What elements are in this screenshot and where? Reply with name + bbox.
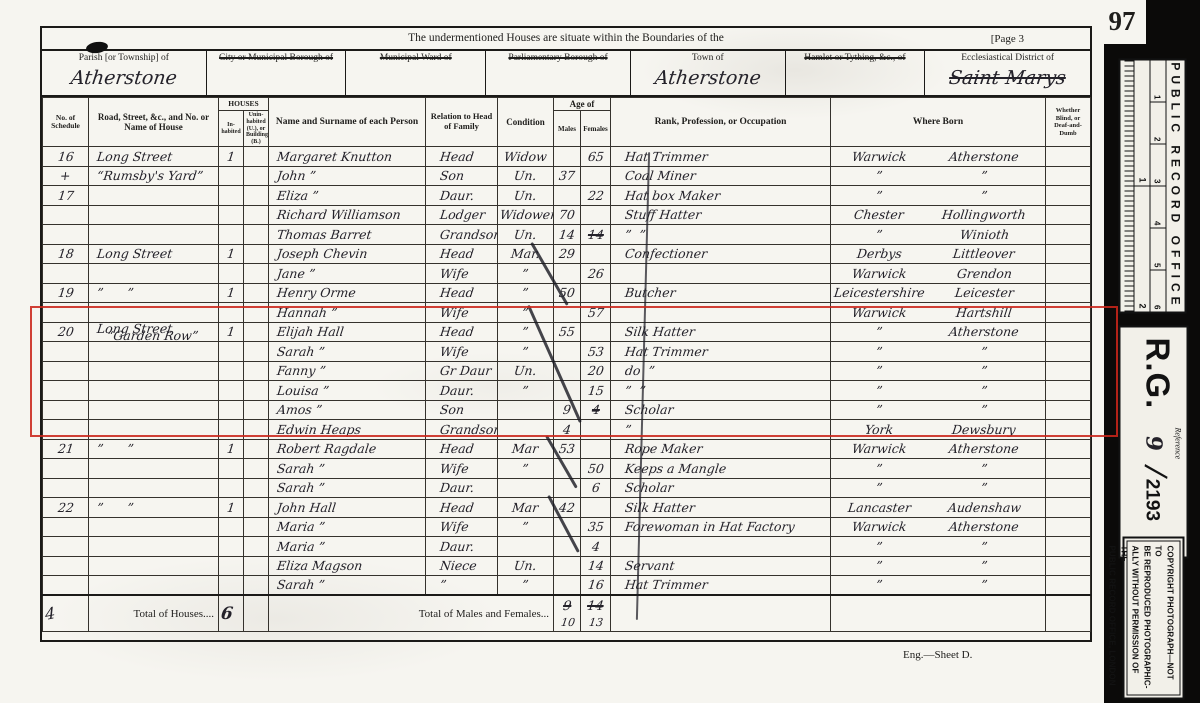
cell-born: ”” — [831, 556, 1046, 576]
cell-age-female: 35 — [581, 517, 611, 537]
cell-schedule — [43, 517, 89, 537]
cell-inhabited: 1 — [219, 283, 244, 303]
cell-age-male — [554, 147, 581, 167]
cell-occupation: Coal Miner — [611, 166, 831, 186]
cell-address: “Rumsby's Yard” — [89, 166, 219, 186]
cell-name: Eliza ” — [269, 186, 426, 206]
cell-occupation: Hat Trimmer — [611, 576, 831, 596]
cell-age-male — [554, 478, 581, 498]
cell-age-male — [554, 556, 581, 576]
cell-relation: Grandson — [426, 225, 498, 245]
cell-age-female: 4 — [581, 537, 611, 557]
cell-age-female — [581, 498, 611, 518]
cell-relation: ” — [426, 576, 498, 596]
cell-condition: Mar — [498, 439, 554, 459]
cell-uninhabited — [244, 244, 269, 264]
census-row: Richard WilliamsonLodgerWidower70Stuff H… — [43, 205, 1091, 225]
ruler-number: 2 — [1151, 103, 1166, 145]
cell-condition: Un. — [498, 166, 554, 186]
col-header-relation: Relation to Head of Family — [426, 98, 498, 147]
cell-inhabited — [219, 537, 244, 557]
totals-females: 1413 — [581, 595, 611, 631]
cell-address: ” ” — [89, 498, 219, 518]
cell-schedule — [43, 478, 89, 498]
ruler-number: 6 — [1151, 271, 1166, 312]
cell-blind — [1046, 517, 1091, 537]
reference-stamp: Reference R.G. 9 / 2193 — [1119, 326, 1189, 559]
ruler-scale-cm: 123456 — [1150, 61, 1167, 312]
page-number-label: [Page 3 — [991, 29, 1024, 50]
cell-age-male — [554, 576, 581, 596]
census-scan-page: { "page": { "corner_number": "97", "top_… — [0, 0, 1200, 703]
cell-born: ”Winioth — [831, 225, 1046, 245]
cell-born: WarwickAtherstone — [831, 439, 1046, 459]
cell-born: ”” — [831, 576, 1046, 596]
cell-schedule — [43, 225, 89, 245]
cell-inhabited — [219, 205, 244, 225]
copyright-line: COPYRIGHT PHOTOGRAPH—NOT TO — [1152, 546, 1175, 691]
cell-name: Maria ” — [269, 537, 426, 557]
header-field-label: Parliamentary Borough of — [489, 53, 627, 64]
census-row: Eliza MagsonNieceUn.14Servant”” — [43, 556, 1091, 576]
totals-mf-label: Total of Males and Females... — [269, 595, 554, 631]
census-row: Maria ”Daur.4”” — [43, 537, 1091, 557]
totals-born-blank — [831, 595, 1046, 631]
cell-relation: Head — [426, 498, 498, 518]
cell-relation: Head — [426, 147, 498, 167]
col-header-houses: HOUSES — [219, 98, 269, 111]
copyright-stamp: COPYRIGHT PHOTOGRAPH—NOT TOBE REPRODUCED… — [1123, 537, 1185, 700]
cell-age-female: 14 — [581, 556, 611, 576]
cell-relation: Daur. — [426, 537, 498, 557]
cell-age-female: 14 — [581, 225, 611, 245]
copyright-line: PUBLIC RECORD OFFICE, LONDON — [1106, 546, 1118, 691]
cell-inhabited — [219, 264, 244, 284]
totals-males: 910 — [554, 595, 581, 631]
cell-name: Jane ” — [269, 264, 426, 284]
totals-schedule-mark: 4 — [43, 595, 89, 631]
cell-address: ” ” — [89, 439, 219, 459]
cell-born: LeicestershireLeicester — [831, 283, 1046, 303]
cell-occupation: Hat Trimmer — [611, 147, 831, 167]
cell-born: ”” — [831, 166, 1046, 186]
cell-age-female — [581, 244, 611, 264]
cell-age-female: 26 — [581, 264, 611, 284]
header-fields-row: Parish [or Township] ofAtherstoneCity or… — [42, 51, 1090, 97]
cell-born: ”” — [831, 459, 1046, 479]
cell-blind — [1046, 498, 1091, 518]
reference-slash: / — [1138, 463, 1174, 480]
header-field: City or Municipal Borough of — [207, 51, 347, 95]
cell-age-male: 14 — [554, 225, 581, 245]
ruler-number: 5 — [1151, 229, 1166, 271]
cell-age-male: 37 — [554, 166, 581, 186]
cell-uninhabited — [244, 264, 269, 284]
header-field-label: Parish [or Township] of — [45, 53, 203, 64]
cell-occupation: Stuff Hatter — [611, 205, 831, 225]
census-row: 18Long Street1Joseph ChevinHeadMar.29Con… — [43, 244, 1091, 264]
cell-schedule: 16 — [43, 147, 89, 167]
header-field: Municipal Ward of — [346, 51, 486, 95]
cell-relation: Daur. — [426, 478, 498, 498]
cell-age-female: 22 — [581, 186, 611, 206]
cell-schedule — [43, 264, 89, 284]
cell-name: Robert Ragdale — [269, 439, 426, 459]
cell-age-female: 6 — [581, 478, 611, 498]
cell-relation: Lodger — [426, 205, 498, 225]
cell-born: WarwickAtherstone — [831, 147, 1046, 167]
ruler-number: 3 — [1151, 145, 1166, 187]
cell-schedule — [43, 459, 89, 479]
cell-blind — [1046, 264, 1091, 284]
cell-occupation: Forewoman in Hat Factory — [611, 517, 831, 537]
header-field-label: Ecclesiastical District of — [928, 53, 1087, 64]
cell-condition: ” — [498, 576, 554, 596]
cell-address — [89, 264, 219, 284]
cell-inhabited: 1 — [219, 498, 244, 518]
cell-blind — [1046, 225, 1091, 245]
copyright-line: ALLY WITHOUT PERMISSION OF THE — [1118, 546, 1141, 691]
cell-name: Margaret Knutton — [269, 147, 426, 167]
cell-relation: Head — [426, 244, 498, 264]
cell-blind — [1046, 576, 1091, 596]
cell-address — [89, 517, 219, 537]
header-field-label: Municipal Ward of — [349, 53, 482, 64]
cell-uninhabited — [244, 225, 269, 245]
cell-name: John Hall — [269, 498, 426, 518]
cell-blind — [1046, 478, 1091, 498]
cell-condition — [498, 478, 554, 498]
cell-occupation: Keeps a Mangle — [611, 459, 831, 479]
cell-condition: Un. — [498, 556, 554, 576]
cell-age-male: 70 — [554, 205, 581, 225]
census-row: Sarah ”””16Hat Trimmer”” — [43, 576, 1091, 596]
pro-ruler-title: PUBLIC RECORD OFFICE — [1167, 61, 1185, 312]
cell-uninhabited — [244, 205, 269, 225]
cell-schedule: 21 — [43, 439, 89, 459]
cell-schedule: 17 — [43, 186, 89, 206]
cell-address — [89, 576, 219, 596]
cell-schedule — [43, 537, 89, 557]
top-note-text: The undermentioned Houses are situate wi… — [408, 32, 724, 44]
header-field-value: Atherstone — [41, 68, 207, 90]
cell-occupation — [611, 537, 831, 557]
cell-born: WarwickAtherstone — [831, 517, 1046, 537]
census-row: 21” ”1Robert RagdaleHeadMar53Rope MakerW… — [43, 439, 1091, 459]
cell-schedule: + — [43, 166, 89, 186]
cell-uninhabited — [244, 439, 269, 459]
cell-schedule — [43, 556, 89, 576]
ruler-number: 4 — [1151, 187, 1166, 229]
header-field: Parish [or Township] ofAtherstone — [42, 51, 207, 95]
header-field-value: Atherstone — [630, 68, 786, 90]
cell-blind — [1046, 166, 1091, 186]
col-header-born: Where Born — [831, 98, 1046, 147]
cell-inhabited — [219, 478, 244, 498]
totals-occupation-blank — [611, 595, 831, 631]
cell-uninhabited — [244, 283, 269, 303]
ruler-number: 1 — [1151, 61, 1166, 103]
cell-age-female: 50 — [581, 459, 611, 479]
cell-schedule — [43, 576, 89, 596]
cell-born: LancasterAudenshaw — [831, 498, 1046, 518]
cell-relation: Head — [426, 283, 498, 303]
census-row: 22” ”1John HallHeadMar42Silk HatterLanca… — [43, 498, 1091, 518]
cell-address — [89, 225, 219, 245]
cell-condition: ” — [498, 283, 554, 303]
cell-name: Sarah ” — [269, 459, 426, 479]
cell-uninhabited — [244, 186, 269, 206]
cell-uninhabited — [244, 166, 269, 186]
cell-condition: ” — [498, 459, 554, 479]
col-header-blind: Whether Blind, or Deaf-and-Dumb — [1046, 98, 1091, 147]
cell-name: Thomas Barret — [269, 225, 426, 245]
reference-folio: 2193 — [1141, 479, 1163, 521]
ruler-number: 1 — [1135, 61, 1150, 187]
totals-row: 4 Total of Houses.... 6 Total of Males a… — [43, 595, 1091, 631]
pro-ruler-stamp: PUBLIC RECORD OFFICE 123456 12 — [1119, 59, 1187, 314]
cell-born: ”” — [831, 186, 1046, 206]
totals-houses-label: Total of Houses.... — [89, 595, 219, 631]
cell-age-female — [581, 166, 611, 186]
cell-schedule: 19 — [43, 283, 89, 303]
cell-name: Richard Williamson — [269, 205, 426, 225]
cell-blind — [1046, 439, 1091, 459]
table-header: No. of Schedule Road, Street, &c., and N… — [43, 98, 1091, 147]
cell-occupation: Scholar — [611, 478, 831, 498]
cell-condition: Mar. — [498, 244, 554, 264]
ruler-scale-inch: 12 — [1135, 61, 1150, 312]
col-header-inhabited: In-habited — [219, 111, 244, 147]
header-field: Hamlet or Tything, &c., of — [786, 51, 926, 95]
cell-uninhabited — [244, 576, 269, 596]
census-row: 19” ”1Henry OrmeHead”50ButcherLeicesters… — [43, 283, 1091, 303]
cell-inhabited — [219, 556, 244, 576]
totals-uninhabited-blank — [244, 595, 269, 631]
totals-blind-blank — [1046, 595, 1091, 631]
cell-uninhabited — [244, 147, 269, 167]
cell-condition: ” — [498, 517, 554, 537]
cell-relation: Head — [426, 439, 498, 459]
col-header-uninhabited: Unin-habited (U.), or Building (B.) — [244, 111, 269, 147]
reference-label: Reference — [1174, 428, 1183, 460]
census-row: Thomas BarretGrandsonUn.1414” ””Winioth — [43, 225, 1091, 245]
cell-condition — [498, 537, 554, 557]
census-row: 17Eliza ”Daur.Un.22Hat box Maker”” — [43, 186, 1091, 206]
census-row: 16Long Street1Margaret KnuttonHeadWidow6… — [43, 147, 1091, 167]
cell-blind — [1046, 147, 1091, 167]
cell-schedule — [43, 205, 89, 225]
cell-occupation — [611, 264, 831, 284]
col-header-females: Females — [581, 111, 611, 147]
cell-name: Maria ” — [269, 517, 426, 537]
cell-name: John ” — [269, 166, 426, 186]
reference-piece: 9 — [1141, 434, 1167, 453]
cell-uninhabited — [244, 556, 269, 576]
census-row: +“Rumsby's Yard”John ”SonUn.37Coal Miner… — [43, 166, 1091, 186]
page-number-stamp: 97 — [1098, 0, 1146, 44]
cell-occupation: Confectioner — [611, 244, 831, 264]
cell-born: ”” — [831, 478, 1046, 498]
cell-uninhabited — [244, 478, 269, 498]
cell-inhabited — [219, 576, 244, 596]
cell-name: Sarah ” — [269, 576, 426, 596]
cell-inhabited — [219, 166, 244, 186]
cell-relation: Daur. — [426, 186, 498, 206]
cell-blind — [1046, 556, 1091, 576]
copyright-line: BE REPRODUCED PHOTOGRAPHIC- — [1141, 546, 1153, 691]
cell-age-female — [581, 283, 611, 303]
census-row: Sarah ”Daur.6Scholar”” — [43, 478, 1091, 498]
cell-inhabited — [219, 225, 244, 245]
header-field-label: City or Municipal Borough of — [210, 53, 343, 64]
cell-address — [89, 478, 219, 498]
cell-occupation: Silk Hatter — [611, 498, 831, 518]
cell-occupation: Hat box Maker — [611, 186, 831, 206]
cell-blind — [1046, 537, 1091, 557]
ruler-ticks — [1125, 61, 1135, 312]
ruler-number: 2 — [1135, 187, 1150, 312]
cell-age-male — [554, 186, 581, 206]
reference-series: R.G. — [1139, 338, 1177, 410]
cell-inhabited: 1 — [219, 244, 244, 264]
cell-age-female: 16 — [581, 576, 611, 596]
col-header-condition: Condition — [498, 98, 554, 147]
cell-name: Sarah ” — [269, 478, 426, 498]
cell-inhabited — [219, 517, 244, 537]
cell-occupation: Rope Maker — [611, 439, 831, 459]
cell-uninhabited — [244, 517, 269, 537]
cell-born: WarwickGrendon — [831, 264, 1046, 284]
col-header-road: Road, Street, &c., and No. or Name of Ho… — [89, 98, 219, 147]
form-top-note: The undermentioned Houses are situate wi… — [42, 28, 1090, 51]
cell-age-female — [581, 205, 611, 225]
header-field: Ecclesiastical District ofSaint Marys — [925, 51, 1090, 95]
cell-born: ”” — [831, 537, 1046, 557]
cell-blind — [1046, 205, 1091, 225]
cell-condition: Un. — [498, 225, 554, 245]
microfilm-strip-corner — [1146, 0, 1200, 46]
col-header-males: Males — [554, 111, 581, 147]
cell-relation: Wife — [426, 459, 498, 479]
sheet-footer-note: Eng.—Sheet D. — [903, 649, 972, 661]
cell-age-male — [554, 264, 581, 284]
census-row: Jane ”Wife”26WarwickGrendon — [43, 264, 1091, 284]
cell-address: Long Street — [89, 244, 219, 264]
header-field: Parliamentary Borough of — [486, 51, 631, 95]
cell-blind — [1046, 244, 1091, 264]
cell-address — [89, 556, 219, 576]
cell-uninhabited — [244, 498, 269, 518]
col-header-name: Name and Surname of each Person — [269, 98, 426, 147]
cell-address: Long Street — [89, 147, 219, 167]
col-header-occupation: Rank, Profession, or Occupation — [611, 98, 831, 147]
cell-address — [89, 205, 219, 225]
col-header-schedule: No. of Schedule — [43, 98, 89, 147]
cell-address — [89, 459, 219, 479]
cell-inhabited — [219, 186, 244, 206]
cell-age-male: 29 — [554, 244, 581, 264]
cell-born: DerbysLittleover — [831, 244, 1046, 264]
cell-condition: Widower — [498, 205, 554, 225]
cell-relation: Son — [426, 166, 498, 186]
cell-age-female — [581, 439, 611, 459]
highlight-box — [30, 306, 1118, 437]
cell-inhabited — [219, 459, 244, 479]
cell-condition: Un. — [498, 186, 554, 206]
header-field: Town ofAtherstone — [631, 51, 786, 95]
cell-inhabited: 1 — [219, 439, 244, 459]
cell-uninhabited — [244, 459, 269, 479]
cell-relation: Wife — [426, 264, 498, 284]
cell-address — [89, 186, 219, 206]
cell-condition: Widow — [498, 147, 554, 167]
header-field-value: Saint Marys — [924, 68, 1091, 90]
header-field-label: Hamlet or Tything, &c., of — [789, 53, 922, 64]
cell-occupation: ” ” — [611, 225, 831, 245]
cell-blind — [1046, 283, 1091, 303]
cell-relation: Niece — [426, 556, 498, 576]
cell-schedule: 18 — [43, 244, 89, 264]
cell-born: ChesterHollingworth — [831, 205, 1046, 225]
cell-address: ” ” — [89, 283, 219, 303]
col-header-age: Age of — [554, 98, 611, 111]
cell-blind — [1046, 459, 1091, 479]
cell-age-female: 65 — [581, 147, 611, 167]
cell-relation: Wife — [426, 517, 498, 537]
header-field-label: Town of — [634, 53, 782, 64]
cell-uninhabited — [244, 537, 269, 557]
cell-condition: Mar — [498, 498, 554, 518]
cell-inhabited: 1 — [219, 147, 244, 167]
cell-schedule: 22 — [43, 498, 89, 518]
cell-name: Joseph Chevin — [269, 244, 426, 264]
totals-houses-value: 6 — [219, 595, 244, 631]
cell-name: Eliza Magson — [269, 556, 426, 576]
cell-address — [89, 537, 219, 557]
cell-occupation: Servant — [611, 556, 831, 576]
cell-blind — [1046, 186, 1091, 206]
cell-name: Henry Orme — [269, 283, 426, 303]
